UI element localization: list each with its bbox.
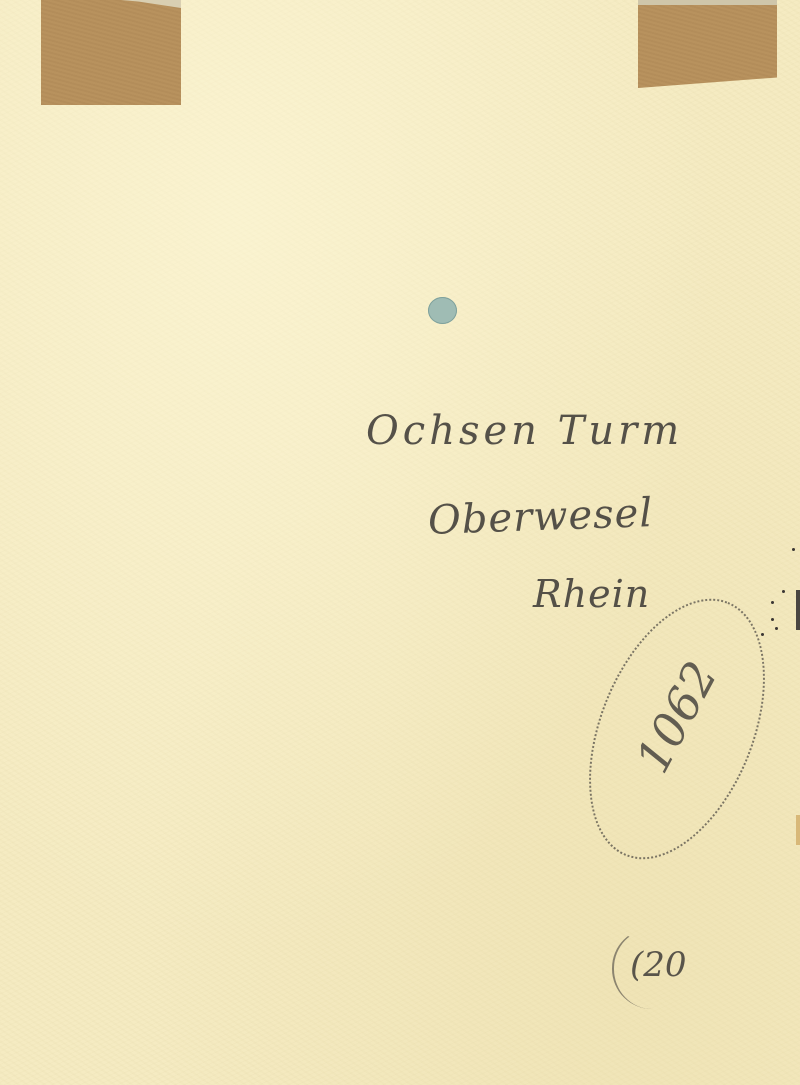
speck xyxy=(771,601,774,604)
speck xyxy=(792,548,795,551)
paint-dot xyxy=(428,297,457,324)
paper-sheet: Ochsen Turm Oberwesel Rhein 1062 (20 xyxy=(0,0,800,1085)
tape-strip-left xyxy=(41,0,181,105)
inscription-region: Rhein xyxy=(533,572,650,616)
edge-mark xyxy=(796,590,800,630)
speck xyxy=(775,627,778,630)
speck xyxy=(771,618,774,621)
speck xyxy=(782,590,785,593)
edge-stain xyxy=(796,815,800,845)
inscription-title: Ochsen Turm xyxy=(366,408,683,454)
inscription-place: Oberwesel xyxy=(427,490,654,544)
tape-strip-right xyxy=(638,0,777,88)
speck xyxy=(761,633,764,636)
sheet-number: (20 xyxy=(630,945,687,985)
